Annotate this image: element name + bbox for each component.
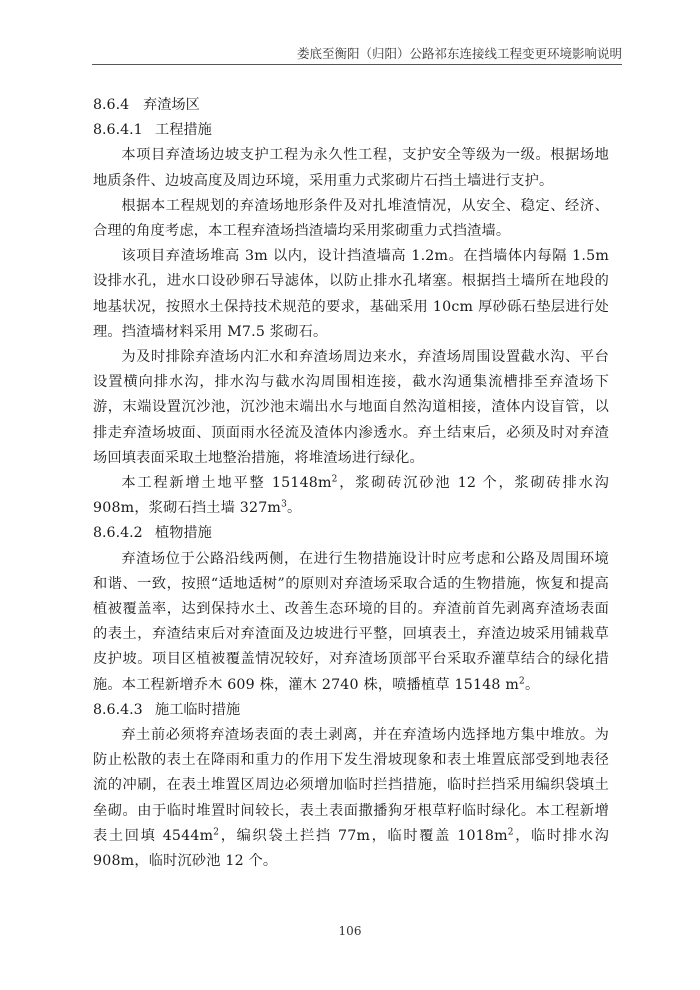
- text-run: 本工程新增土地平整 15148m: [121, 475, 331, 491]
- text-run: 弃渣场位于公路沿线两侧，在进行生物措施设计时应考虑和公路及周围环境和谐、一致，按…: [93, 551, 609, 693]
- section-title: 工程措施: [155, 122, 212, 138]
- section-title: 施工临时措施: [155, 702, 240, 718]
- section-heading-8-6-4: 8.6.4弃渣场区: [93, 93, 609, 118]
- text-run: 弃土前必须将弃渣场表面的表土剥离，并在弃渣场内选择地方集中堆放。为防止松散的表土…: [93, 727, 609, 844]
- paragraph-quantities: 本工程新增土地平整 15148m2，浆砌砖沉砂池 12 个，浆砌砖排水沟 908…: [93, 471, 609, 521]
- section-number: 8.6.4.1: [93, 118, 155, 143]
- page-number: 106: [0, 924, 700, 938]
- running-header: 娄底至衡阳（归阳）公路祁东连接线工程变更环境影响说明: [92, 44, 622, 65]
- paragraph: 根据本工程规划的弃渣场地形条件及对扎堆渣情况，从安全、稳定、经济、合理的角度考虑…: [93, 194, 609, 244]
- paragraph: 为及时排除弃渣场内汇水和弃渣场周边来水，弃渣场周围设置截水沟、平台设置横向排水沟…: [93, 345, 609, 471]
- text-run: 。: [287, 500, 301, 516]
- text-run: ，编织袋土拦挡 77m，临时覆盖 1018m: [219, 828, 508, 844]
- text-run: 。: [525, 677, 539, 693]
- section-heading-8-6-4-3: 8.6.4.3施工临时措施: [93, 698, 609, 723]
- paragraph: 该项目弃渣场堆高 3m 以内，设计挡渣墙高 1.2m。在挡墙体内每隔 1.5m …: [93, 244, 609, 345]
- document-body: 8.6.4弃渣场区 8.6.4.1工程措施 本项目弃渣场边坡支护工程为永久性工程…: [93, 93, 609, 874]
- section-number: 8.6.4.3: [93, 698, 155, 723]
- paragraph: 弃渣场位于公路沿线两侧，在进行生物措施设计时应考虑和公路及周围环境和谐、一致，按…: [93, 547, 609, 698]
- section-number: 8.6.4.2: [93, 521, 155, 546]
- paragraph: 弃土前必须将弃渣场表面的表土剥离，并在弃渣场内选择地方集中堆放。为防止松散的表土…: [93, 723, 609, 874]
- section-title: 植物措施: [155, 525, 212, 541]
- section-number: 8.6.4: [93, 93, 143, 118]
- paragraph: 本项目弃渣场边坡支护工程为永久性工程，支护安全等级为一级。根据场地地质条件、边坡…: [93, 143, 609, 193]
- section-heading-8-6-4-2: 8.6.4.2植物措施: [93, 521, 609, 546]
- section-heading-8-6-4-1: 8.6.4.1工程措施: [93, 118, 609, 143]
- section-title: 弃渣场区: [143, 97, 200, 113]
